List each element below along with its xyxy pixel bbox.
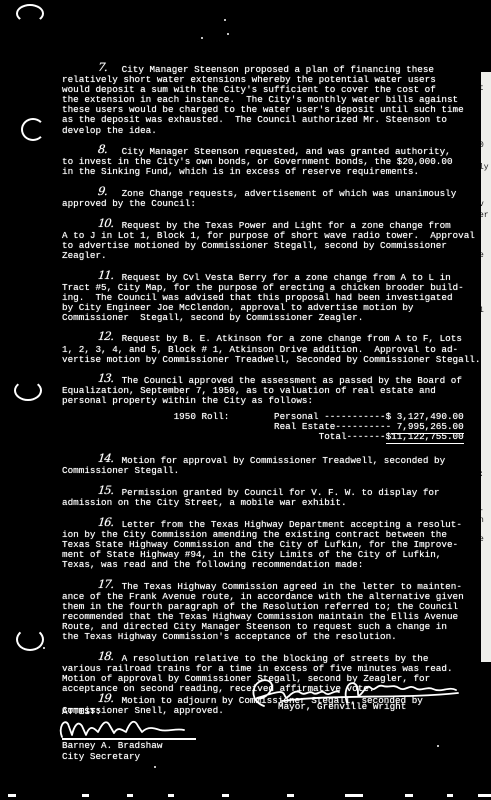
- secretary-typed-name: Barney A. Bradshaw: [62, 741, 162, 751]
- paragraph-number: 17.: [97, 579, 116, 589]
- scan-speck: [43, 647, 45, 649]
- adjacent-page-edge: t0lyvere1:-ne: [481, 72, 491, 662]
- paragraph-number: 12.: [97, 331, 116, 341]
- minutes-paragraph: 17. The Texas Highway Commission agreed …: [62, 580, 480, 643]
- edge-mark: [127, 794, 133, 797]
- text-line: Commissioner Stegall.: [62, 466, 480, 476]
- minutes-paragraph: 7. City Manager Steenson proposed a plan…: [62, 63, 480, 136]
- paragraph-number: 19.: [97, 693, 116, 703]
- minutes-paragraph: 9. Zone Change requests, advertisement o…: [62, 187, 480, 209]
- edge-letter-fragment: v: [481, 200, 484, 209]
- text-line: to advertise motioned by Commissioner St…: [62, 241, 480, 251]
- text-line: the Texas Highway Commission's acceptanc…: [62, 632, 480, 642]
- text-line: 12. Request by B. E. Atkinson for a zone…: [62, 332, 480, 344]
- minutes-paragraph: 10. Request by the Texas Power and Light…: [62, 219, 480, 261]
- text-line: 17. The Texas Highway Commission agreed …: [62, 580, 480, 592]
- minutes-paragraph: 15. Permission granted by Council for V.…: [62, 486, 480, 508]
- edge-mark: [287, 794, 294, 797]
- edge-letter-fragment: -: [481, 506, 484, 515]
- paragraph-number: 18.: [97, 651, 116, 661]
- edge-letter-fragment: er: [481, 211, 489, 220]
- text-line: approved by the Council:: [62, 199, 480, 209]
- edge-letter-fragment: :: [481, 470, 484, 479]
- text-line: 16. Letter from the Texas Highway Depart…: [62, 518, 480, 530]
- minutes-paragraph: 11. Request by Cvl Vesta Berry for a zon…: [62, 271, 480, 323]
- text-line: 18. A resolution relative to the blockin…: [62, 652, 480, 664]
- assessment-row: Total-------$11,122,755.00: [62, 432, 480, 442]
- minutes-paragraph: 12. Request by B. E. Atkinson for a zone…: [62, 332, 480, 364]
- scan-speck: [437, 745, 439, 747]
- paragraph-number: 13.: [97, 373, 116, 383]
- text-line: in the Sinking Fund, which is in excess …: [62, 167, 480, 177]
- paragraph-number: 11.: [97, 270, 116, 280]
- edge-letter-fragment: 1: [481, 306, 484, 315]
- edge-letter-fragment: 0: [481, 141, 484, 150]
- edge-mark: [405, 794, 413, 797]
- text-line: admission on the City Street, a mobile w…: [62, 498, 480, 508]
- minutes-paragraph: 13. The Council approved the assessment …: [62, 374, 480, 406]
- text-line: Zeagler.: [62, 251, 480, 261]
- edge-mark: [8, 794, 16, 797]
- text-line: Texas, was read and the following recomm…: [62, 560, 480, 570]
- scanned-minutes-page: 7. City Manager Steenson proposed a plan…: [0, 0, 491, 800]
- edge-mark: [222, 794, 229, 797]
- text-line: personal property within the City as fol…: [62, 396, 480, 406]
- scan-speck: [201, 37, 203, 39]
- scan-speck: [154, 766, 156, 768]
- text-line: vertise motion by Commissioner Treadwell…: [62, 355, 480, 365]
- edge-mark: [447, 794, 453, 797]
- edge-letter-fragment: e: [481, 535, 484, 544]
- punch-hole-icon: [14, 380, 42, 401]
- paragraph-number: 15.: [97, 485, 116, 495]
- text-line: Commissioner Stegall, second by Commissi…: [62, 313, 480, 323]
- text-line: 10. Request by the Texas Power and Light…: [62, 219, 480, 231]
- paragraph-number: 10.: [97, 218, 116, 228]
- paragraph-number: 8.: [97, 144, 116, 154]
- edge-mark: [82, 794, 89, 797]
- punch-hole-icon: [21, 118, 45, 141]
- edge-mark: [168, 794, 174, 797]
- secretary-typed-title: City Secretary: [62, 752, 140, 762]
- paragraph-number: 9.: [97, 186, 116, 196]
- paragraph-number: 16.: [97, 517, 116, 527]
- edge-mark: [478, 794, 491, 797]
- scan-speck: [227, 33, 229, 35]
- edge-letter-fragment: n: [481, 516, 484, 525]
- edge-letter-fragment: e: [481, 251, 484, 260]
- paragraph-number: 14.: [97, 453, 116, 463]
- minutes-paragraph: 8. City Manager Steenson requested, and …: [62, 145, 480, 177]
- edge-letter-fragment: t: [481, 84, 484, 93]
- edge-mark: [345, 794, 363, 797]
- punch-hole-icon: [16, 628, 44, 651]
- minutes-paragraph: 14. Motion for approval by Commissioner …: [62, 454, 480, 476]
- minutes-text-body: 7. City Manager Steenson proposed a plan…: [62, 63, 480, 726]
- punch-hole-icon: [16, 4, 44, 23]
- mayor-typed-name: Mayor, Grenville Wright: [278, 702, 406, 712]
- text-line: develop the idea.: [62, 126, 480, 136]
- text-line: 11. Request by Cvl Vesta Berry for a zon…: [62, 271, 480, 283]
- paragraph-number: 7.: [97, 62, 116, 72]
- assessment-table: 1950 Roll: Personal -----------$ 3,127,4…: [62, 412, 480, 442]
- minutes-paragraph: 16. Letter from the Texas Highway Depart…: [62, 518, 480, 570]
- edge-letter-fragment: ly: [481, 163, 489, 172]
- scan-speck: [224, 19, 226, 21]
